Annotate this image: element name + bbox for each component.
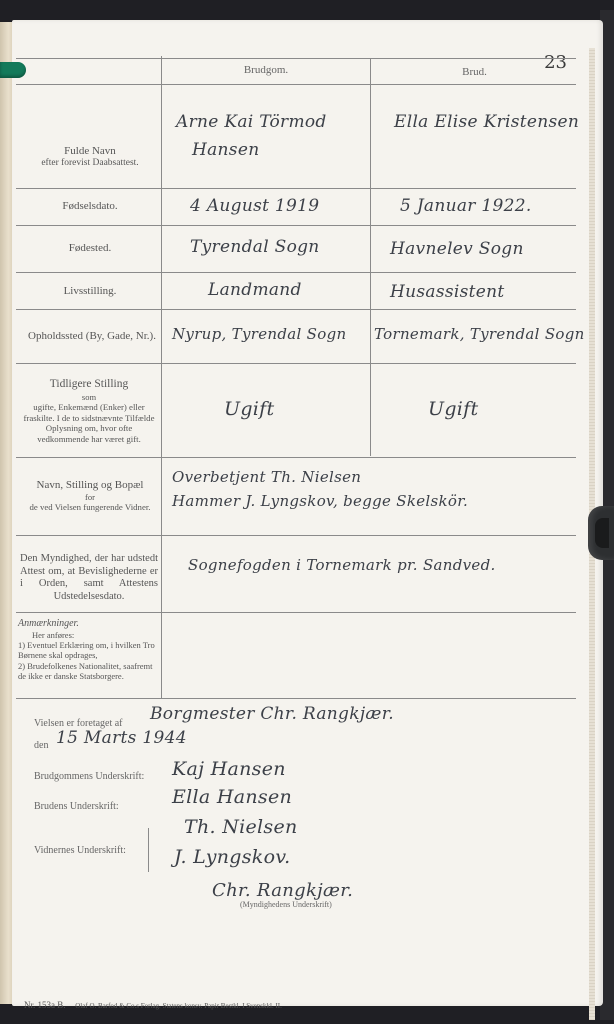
witnesses-line2: Hammer J. Lyngskov, begge Skelskör. (172, 492, 468, 510)
row-rule (16, 612, 576, 613)
row-rule (16, 309, 576, 310)
groom-signature-label: Brudgommens Underskrift: (34, 771, 144, 782)
witness-signature-bracket (148, 828, 149, 872)
label-previous-status: Tidligere Stilling som ugifte, Enkemænd … (20, 378, 158, 444)
groom-residence: Nyrup, Tyrendal Sogn (172, 325, 346, 343)
label-witnesses-sub: for (20, 492, 160, 502)
footer-imprint: Nr. 153a B. Olaf O. Barfod & Co.s Forlag… (24, 1000, 282, 1010)
form-number: Nr. 153a B. (24, 1000, 66, 1010)
row-rule (16, 272, 576, 273)
label-witnesses-body: de ved Vielsen fungerende Vidner. (20, 502, 160, 513)
label-remarks-item-2: 2) Brudefolkenes Nationalitet, saafremt … (18, 661, 160, 681)
witness-signature-label: Vidnernes Underskrift: (34, 845, 126, 856)
label-previous-status-sub: som (20, 392, 158, 402)
label-previous-status-title: Tidligere Stilling (20, 378, 158, 392)
groom-previous-status: Ugift (224, 398, 274, 420)
date-label: den (34, 740, 48, 751)
label-full-name-sub: efter forevist Daabsattest. (22, 158, 158, 169)
authority-value: Sognefogden i Tornemark pr. Sandved. (188, 556, 496, 574)
groom-full-name-line2: Hansen (192, 140, 259, 160)
label-remarks-item-1: 1) Eventuel Erklæring om, i hvilken Tro … (18, 640, 160, 660)
label-full-name: Fulde Navn efter forevist Daabsattest. (22, 145, 158, 170)
label-column-divider (161, 56, 162, 698)
label-witnesses: Navn, Stilling og Bopæl for de ved Viels… (20, 479, 160, 513)
printer-info: Olaf O. Barfod & Co.s Forlag. Statens ko… (75, 1002, 282, 1010)
groom-birth-place: Tyrendal Sogn (190, 237, 320, 257)
label-previous-status-body: ugifte, Enkemænd (Enker) eller fraskilte… (20, 402, 158, 444)
groom-bride-divider (370, 58, 371, 456)
authority-signature-label: (Myndighedens Underskrift) (240, 900, 332, 909)
label-occupation: Livsstilling. (22, 285, 158, 298)
column-header-groom: Brudgom. (162, 64, 370, 76)
bride-occupation: Husassistent (390, 282, 505, 302)
row-rule (16, 225, 576, 226)
bride-signature-label: Brudens Underskrift: (34, 801, 119, 812)
row-rule (16, 363, 576, 364)
groom-signature: Kaj Hansen (172, 758, 286, 780)
witnesses-line1: Overbetjent Th. Nielsen (172, 468, 361, 486)
bride-previous-status: Ugift (428, 398, 478, 420)
label-residence: Opholdssted (By, Gade, Nr.). (22, 330, 162, 343)
label-birth-place: Fødested. (22, 242, 158, 255)
groom-occupation: Landmand (208, 280, 302, 300)
row-rule (16, 698, 576, 699)
authority-signature: Chr. Rangkjær. (212, 880, 353, 901)
label-witnesses-title: Navn, Stilling og Bopæl (20, 479, 160, 492)
bride-birth-place: Havnelev Sogn (390, 239, 524, 259)
column-header-bride: Brud. (372, 66, 577, 78)
label-birth-date: Fødselsdato. (22, 200, 158, 213)
witness-signature-2: J. Lyngskov. (174, 846, 290, 868)
row-rule (16, 84, 576, 85)
bookmark-ribbon (0, 62, 26, 78)
bride-birth-date: 5 Januar 1922. (400, 196, 532, 216)
bride-full-name: Ella Elise Kristensen (394, 112, 579, 132)
label-authority: Den Myndighed, der har udstedt Attest om… (20, 553, 158, 603)
bride-residence: Tornemark, Tyrendal Sogn (374, 325, 585, 343)
row-rule (16, 457, 576, 458)
witness-signature-1: Th. Nielsen (184, 816, 298, 838)
label-full-name-title: Fulde Navn (22, 145, 158, 158)
row-rule (16, 188, 576, 189)
book-clasp (588, 506, 614, 560)
top-rule (16, 58, 576, 59)
label-remarks: Anmærkninger. Her anføres: 1) Eventuel E… (18, 618, 160, 681)
date-value: 15 Marts 1944 (56, 728, 187, 748)
label-remarks-title: Anmærkninger. (18, 618, 160, 630)
performed-by-value: Borgmester Chr. Rangkjær. (150, 704, 394, 724)
register-page: 23 Brudgom. Brud. Fulde Navn efter forev… (12, 20, 603, 1006)
label-remarks-sub: Her anføres: (18, 630, 160, 640)
groom-full-name-line1: Arne Kai Törmod (176, 112, 327, 132)
groom-birth-date: 4 August 1919 (190, 196, 319, 216)
row-rule (16, 535, 576, 536)
bride-signature: Ella Hansen (172, 786, 292, 808)
